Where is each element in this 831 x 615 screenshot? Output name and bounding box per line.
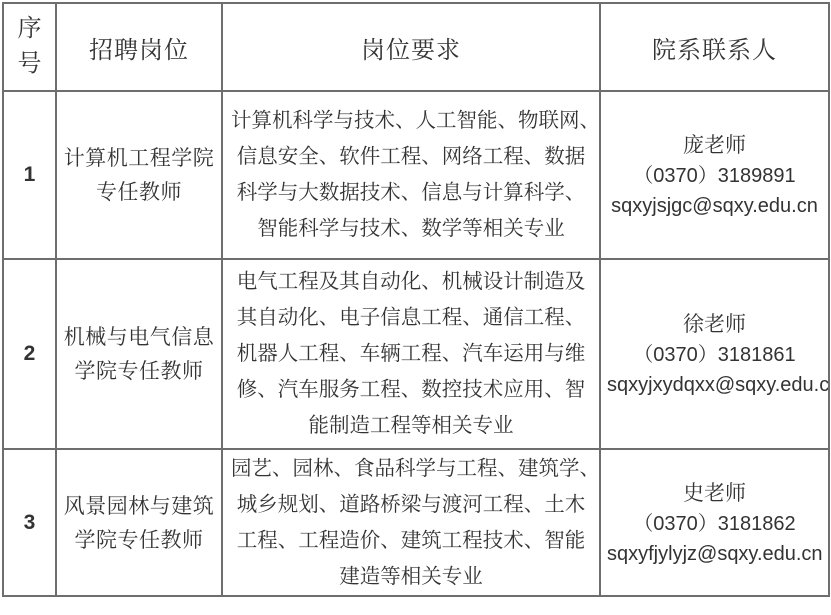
requirement-line: 其自动化、电子信息工程、通信工程、	[231, 300, 591, 336]
requirement-line: 计算机科学与技术、人工智能、物联网、	[231, 103, 591, 139]
position-line: 专任教师	[63, 175, 215, 209]
table-row: 1 计算机工程学院 专任教师 计算机科学与技术、人工智能、物联网、 信息安全、软…	[3, 91, 829, 259]
contact-email: sqxyjxydqxx@sqxy.edu.cn	[607, 371, 822, 400]
table-row: 2 机械与电气信息 学院专任教师 电气工程及其自动化、机械设计制造及 其自动化、…	[3, 259, 829, 449]
recruitment-table: 序号 招聘岗位 岗位要求 院系联系人 1 计算机工程学院 专任教师 计算机科学与…	[2, 2, 830, 597]
contact-name: 庞老师	[607, 129, 822, 161]
contact-email: sqxyjsjgc@sqxy.edu.cn	[607, 192, 822, 221]
requirement-line: 智能科学与技术、数学等相关专业	[231, 211, 591, 247]
col-header-contact: 院系联系人	[600, 3, 829, 91]
contact-phone: （0370）3189891	[607, 161, 822, 192]
col-header-index-label: 序号	[16, 12, 42, 82]
requirement-line: 工程、工程造价、建筑工程技术、智能	[231, 523, 591, 559]
contact-email: sqxyfjylyjz@sqxy.edu.cn	[607, 540, 822, 569]
requirements-cell: 园艺、园林、食品科学与工程、建筑学、 城乡规划、道路桥梁与渡河工程、土木 工程、…	[222, 449, 600, 596]
requirement-line: 机器人工程、车辆工程、汽车运用与维	[231, 336, 591, 372]
contact-name: 史老师	[607, 477, 822, 509]
requirement-line: 科学与大数据技术、信息与计算科学、	[231, 175, 591, 211]
requirement-line: 建造等相关专业	[231, 559, 591, 595]
requirement-line: 修、汽车服务工程、数控技术应用、智	[231, 372, 591, 408]
position-line: 学院专任教师	[63, 523, 215, 557]
col-header-index: 序号	[3, 3, 56, 91]
row-index: 1	[3, 91, 56, 259]
contact-cell: 徐老师 （0370）3181861 sqxyjxydqxx@sqxy.edu.c…	[600, 259, 829, 449]
col-header-requirements: 岗位要求	[222, 3, 600, 91]
row-index: 3	[3, 449, 56, 596]
contact-phone: （0370）3181862	[607, 509, 822, 540]
requirement-line: 园艺、园林、食品科学与工程、建筑学、	[231, 451, 591, 487]
header-row: 序号 招聘岗位 岗位要求 院系联系人	[3, 3, 829, 91]
position-line: 学院专任教师	[63, 354, 215, 388]
position-cell: 计算机工程学院 专任教师	[56, 91, 222, 259]
contact-cell: 庞老师 （0370）3189891 sqxyjsjgc@sqxy.edu.cn	[600, 91, 829, 259]
position-cell: 风景园林与建筑 学院专任教师	[56, 449, 222, 596]
position-line: 计算机工程学院	[63, 141, 215, 175]
position-cell: 机械与电气信息 学院专任教师	[56, 259, 222, 449]
row-index: 2	[3, 259, 56, 449]
position-line: 机械与电气信息	[63, 320, 215, 354]
position-line: 风景园林与建筑	[63, 489, 215, 523]
contact-name: 徐老师	[607, 308, 822, 340]
requirement-line: 城乡规划、道路桥梁与渡河工程、土木	[231, 487, 591, 523]
contact-cell: 史老师 （0370）3181862 sqxyfjylyjz@sqxy.edu.c…	[600, 449, 829, 596]
requirement-line: 电气工程及其自动化、机械设计制造及	[231, 264, 591, 300]
requirements-cell: 计算机科学与技术、人工智能、物联网、 信息安全、软件工程、网络工程、数据 科学与…	[222, 91, 600, 259]
contact-phone: （0370）3181861	[607, 340, 822, 371]
requirements-cell: 电气工程及其自动化、机械设计制造及 其自动化、电子信息工程、通信工程、 机器人工…	[222, 259, 600, 449]
requirement-line: 能制造工程等相关专业	[231, 408, 591, 444]
requirement-line: 信息安全、软件工程、网络工程、数据	[231, 139, 591, 175]
col-header-position: 招聘岗位	[56, 3, 222, 91]
table-row: 3 风景园林与建筑 学院专任教师 园艺、园林、食品科学与工程、建筑学、 城乡规划…	[3, 449, 829, 596]
